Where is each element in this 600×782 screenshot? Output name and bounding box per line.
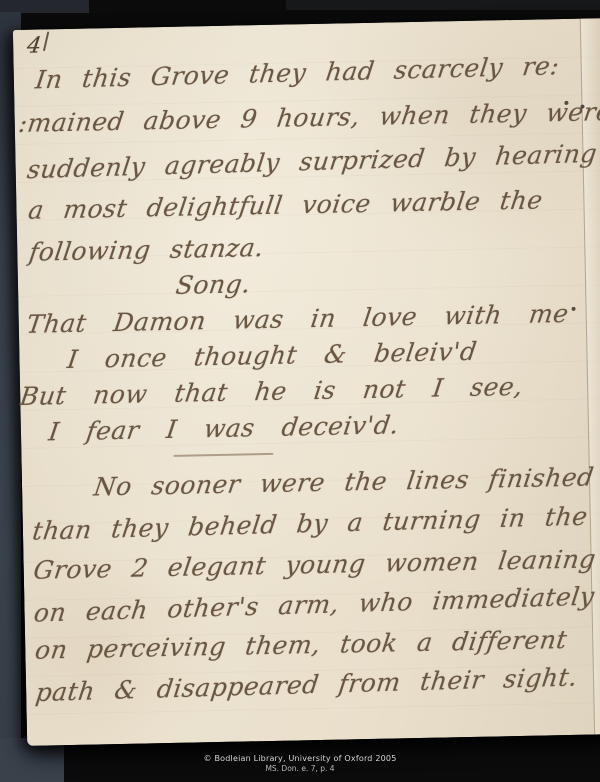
manuscript-line: No sooner were the lines finished (92, 462, 596, 501)
manuscript-line: on perceiving them, took a different (33, 625, 569, 665)
ink-speck (572, 307, 576, 311)
manuscript-line: a most delightfull voice warble the (26, 185, 544, 224)
manuscript-page: 4 In this Grove they had scarcely re: :m… (13, 18, 600, 746)
book-cover-shadow (286, 0, 600, 10)
library-caption: © Bodleian Library, University of Oxford… (0, 742, 600, 782)
manuscript-line: following stanza. (27, 233, 265, 267)
song-line: I once thought & beleiv'd (65, 337, 478, 374)
manuscript-line: on each other's arm, who immediately (32, 581, 596, 627)
copyright-line: © Bodleian Library, University of Oxford… (0, 754, 600, 763)
manuscript-line: :mained above 9 hours, when they were (17, 97, 600, 138)
song-line: I fear I was deceiv'd. (47, 410, 401, 446)
manuscript-photo: 4 In this Grove they had scarcely re: :m… (0, 0, 600, 782)
flourish-rule (173, 453, 273, 457)
page-number-flourish (43, 31, 49, 51)
song-line: That Damon was in love with me (25, 299, 571, 339)
manuscript-line: path & disappeared from their sight. (34, 662, 580, 707)
song-heading: Song. (174, 269, 253, 300)
manuscript-line: suddenly agreably surprized by hearing (25, 139, 599, 184)
song-line: But now that he is not I see, (18, 372, 525, 411)
manuscript-line: than they beheld by a turning in the (31, 502, 590, 546)
manuscript-line: Grove 2 elegant young women leaning (32, 544, 598, 584)
manuscript-line: In this Grove they had scarcely re: (34, 51, 562, 94)
shelfmark-line: MS. Don. e. 7, p. 4 (0, 764, 600, 773)
page-number: 4 (25, 33, 43, 58)
